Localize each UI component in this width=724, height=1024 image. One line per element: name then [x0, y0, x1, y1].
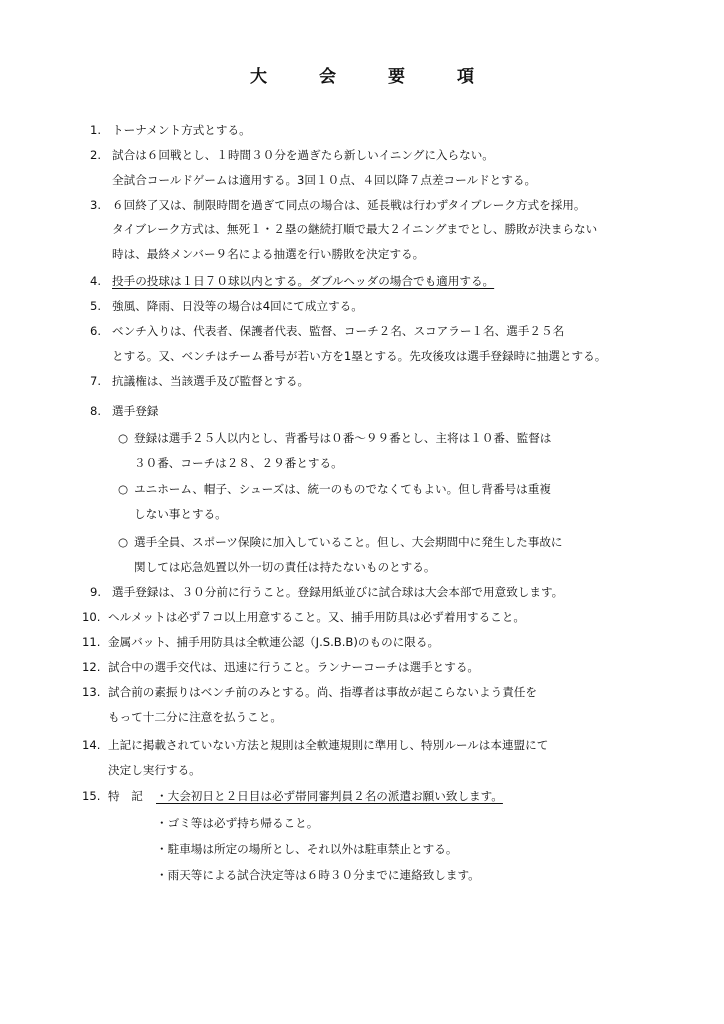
item-text: 試合は６回戦とし、１時間３０分を過ぎたら新しいイニングに入らない。 — [112, 147, 494, 163]
item-number: 10. — [82, 609, 100, 625]
bullet-marker: ○ — [118, 534, 128, 550]
title-char: 要 — [388, 62, 405, 87]
bullet-text: しない事とする。 — [134, 506, 227, 522]
item-text: 上記に掲載されていない方法と規則は全軟連規則に準用し、特別ルールは本連盟にて — [108, 737, 548, 753]
item-text: 抗議権は、当該選手及び監督とする。 — [112, 373, 309, 389]
item-text: 強風、降雨、日没等の場合は4回にて成立する。 — [112, 298, 363, 314]
bullet-marker: ○ — [118, 481, 128, 497]
item-label: 特 記 — [108, 788, 143, 804]
item-number: 7. — [90, 373, 101, 389]
item-text: 全試合コールドゲームは適用する。3回１０点、４回以降７点差コールドとする。 — [112, 172, 536, 188]
item-text: トーナメント方式とする。 — [112, 122, 251, 138]
item-text-underlined: 投手の投球は１日７０球以内とする。ダブルヘッダの場合でも適用する。 — [112, 273, 494, 289]
title-char: 項 — [457, 62, 474, 87]
bullet-text: ユニホーム、帽子、シューズは、統一のものでなくてもよい。但し背番号は重複 — [134, 481, 551, 497]
note-text: ・雨天等による試合決定等は６時３０分までに連絡致します。 — [156, 867, 480, 883]
item-text: とする。又、ベンチはチーム番号が若い方を1塁とする。先攻後攻は選手登録時に抽選と… — [112, 348, 606, 364]
bullet-text: 登録は選手２５人以内とし、背番号は０番～９９番とし、主将は１０番、監督は — [134, 430, 551, 446]
item-number: 4. — [90, 273, 101, 289]
bullet-text: ３０番、コーチは２８、２９番とする。 — [134, 455, 343, 471]
item-text: 決定し実行する。 — [108, 762, 201, 778]
item-number: 12. — [82, 659, 100, 675]
item-number: 15. — [82, 788, 100, 804]
note-text: ・ゴミ等は必ず持ち帰ること。 — [156, 815, 318, 831]
bullet-marker: ○ — [118, 430, 128, 446]
item-number: 13. — [82, 684, 100, 700]
item-text: 金属バット、捕手用防具は全軟連公認（J.S.B.B)のものに限る。 — [108, 634, 439, 650]
item-number: 5. — [90, 298, 101, 314]
bullet-text: 選手全員、スポーツ保険に加入していること。但し、大会期間中に発生した事故に — [134, 534, 563, 550]
item-text: 試合中の選手交代は、迅速に行うこと。ランナーコーチは選手とする。 — [108, 659, 479, 675]
item-text: タイブレーク方式は、無死１・２塁の継続打順で最大２イニングまでとし、勝敗が決まら… — [112, 221, 597, 237]
item-text: ヘルメットは必ず７コ以上用意すること。又、捕手用防具は必ず着用すること。 — [108, 609, 525, 625]
item-text: 試合前の素振りはベンチ前のみとする。尚、指導者は事故が起こらないよう責任を — [108, 684, 537, 700]
item-number: 2. — [90, 147, 101, 163]
bullet-text: 関しては応急処置以外一切の責任は持たないものとする。 — [134, 559, 435, 575]
item-number: 9. — [90, 584, 101, 600]
note-text-underlined: ・大会初日と２日目は必ず帯同審判員２名の派遣お願い致します。 — [156, 788, 503, 804]
item-text: 選手登録 — [112, 403, 158, 419]
title-char: 大 — [250, 62, 267, 87]
item-text: ベンチ入りは、代表者、保護者代表、監督、コーチ２名、スコアラー１名、選手２５名 — [112, 323, 564, 339]
item-number: 11. — [82, 634, 100, 650]
title-char: 会 — [319, 62, 336, 87]
item-text: 時は、最終メンバー９名による抽選を行い勝敗を決定する。 — [112, 246, 424, 262]
item-number: 6. — [90, 323, 101, 339]
item-number: 1. — [90, 122, 101, 138]
note-text: ・駐車場は所定の場所とし、それ以外は駐車禁止とする。 — [156, 841, 457, 857]
item-number: 8. — [90, 403, 101, 419]
item-text: もって十二分に注意を払うこと。 — [108, 709, 282, 725]
item-text: ６回終了又は、制限時間を過ぎて同点の場合は、延長戦は行わずタイブレーク方式を採用… — [112, 197, 586, 213]
document-title: 大会要項 — [0, 62, 724, 87]
item-text: 選手登録は、３０分前に行うこと。登録用紙並びに試合球は大会本部で用意致します。 — [112, 584, 563, 600]
item-number: 14. — [82, 737, 100, 753]
item-number: 3. — [90, 197, 101, 213]
